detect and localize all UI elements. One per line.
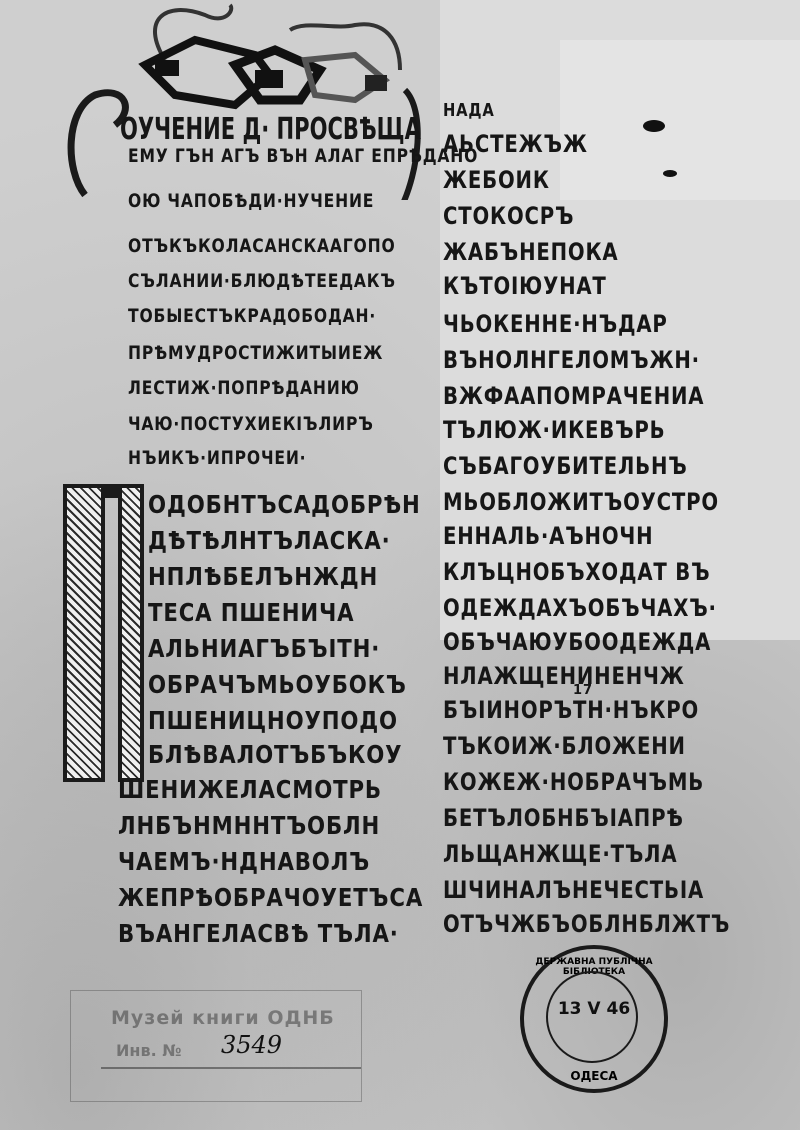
manuscript-line: ОБЪЧАЮУБООДЕЖДА — [443, 628, 711, 656]
manuscript-line: ВЪНОЛНГЕЛОМЪЖН· — [443, 346, 700, 374]
library-round-stamp: ДЕРЖАВНА ПУБЛІЧНА БІБЛІОТЕКА 13 V 46 ОДЕ… — [520, 945, 668, 1093]
marginal-note: 17 — [573, 683, 593, 698]
treatise-title: ОУЧЕНИЕ Д· ПРОСВѢЩА — [120, 112, 421, 147]
ornamental-initial-letter — [63, 484, 105, 782]
manuscript-line: ОДОБНТЪСАДОБРѢН — [148, 490, 421, 519]
manuscript-line: ЕННАЛЬ·АЪНОЧН — [443, 522, 653, 550]
manuscript-line: ОТЪЧЖБЪОБЛНБЛЖТЪ — [443, 910, 730, 938]
manuscript-line: ЛЕСТИЖ·ПОПРѢДАНИЮ — [128, 377, 360, 399]
manuscript-line: ЧЬОКЕННЕ·НЪДАР — [443, 310, 668, 338]
museum-inventory-stamp: Музей книги ОДНБ Инв. № 3549 — [70, 990, 362, 1102]
ink-blot — [643, 120, 665, 132]
manuscript-line: СЪЛАНИИ·БЛЮДѢТЕЕДАКЪ — [128, 270, 396, 292]
manuscript-line: ЖАБЪНЕПОКА — [443, 238, 618, 266]
torn-area — [560, 40, 800, 200]
manuscript-line: НПЛѢБЕЛЪНЖДН — [148, 562, 378, 591]
manuscript-line: ОТЪКЪКОЛАСАНСКААГОПО — [128, 235, 396, 257]
manuscript-line: ВЖФААПОМРАЧЕНИА — [443, 382, 704, 410]
manuscript-line: АЬСТЕЖЪЖ — [443, 130, 588, 158]
manuscript-line: ДѢТѢЛНТЪЛАСКА· — [148, 526, 391, 555]
manuscript-line: ТОБЫЕСТЪКРАДОБОДАН· — [128, 305, 376, 327]
manuscript-line: ТЕСА ПШЕНИЧА — [148, 598, 354, 627]
manuscript-line: ЕМУ ГЪН АГЪ ВЪН АЛАГ ЕПРѢДАНО — [128, 145, 478, 167]
manuscript-line: ЛЬЩАНЖЩЕ·ТЪЛА — [443, 840, 677, 868]
manuscript-line: БЪІИНОРЪТН·НЪКРО — [443, 696, 699, 724]
manuscript-line: КОЖЕЖ·НОБРАЧЪМЬ — [443, 768, 704, 796]
manuscript-line: НАДА — [443, 100, 495, 121]
stamp-inventory-label: Инв. № — [116, 1041, 181, 1060]
manuscript-line: ТЪЛЮЖ·ИКЕВЪРЬ — [443, 416, 666, 444]
ornamental-initial-letter-right-stroke — [118, 484, 144, 782]
manuscript-line: ПРѢМУДРОСТИЖИТЫИЕЖ — [128, 342, 383, 364]
inventory-number: 3549 — [221, 1031, 282, 1059]
stamp-museum-label: Музей книги ОДНБ — [111, 1007, 335, 1029]
manuscript-line: ЖЕБОИК — [443, 166, 550, 194]
manuscript-line: КЛЪЦНОБЪХОДАТ ВЪ — [443, 558, 710, 586]
manuscript-line: БЕТЪЛОБНБЪІАПРѢ — [443, 804, 684, 832]
manuscript-line: СТОКОСРЪ — [443, 202, 574, 230]
stamp-date: 13 V 46 — [524, 999, 664, 1019]
manuscript-line: ОБРАЧЪМЬОУБОКЪ — [148, 670, 407, 699]
manuscript-line: ОДЕЖДАХЪОБЪЧАХЪ· — [443, 594, 717, 622]
stamp-rule — [101, 1067, 361, 1069]
manuscript-line: ВЪАНГЕЛАСВѢ ТЪЛА· — [118, 919, 399, 948]
stamp-city: ОДЕСА — [524, 1069, 664, 1083]
interlace-headpiece-ornament — [55, 0, 425, 200]
manuscript-line: АЛЬНИАГЪБЪІТН· — [148, 634, 380, 663]
manuscript-line: БЛѢВАЛОТЪБЪКОУ — [148, 740, 402, 769]
manuscript-line: ОЮ ЧАПОБѢДИ·НУЧЕНИЕ — [128, 190, 374, 212]
manuscript-line: НЪИКЪ·ИПРОЧЕИ· — [128, 447, 306, 469]
manuscript-line: ПШЕНИЦНОУПОДО — [148, 706, 398, 735]
manuscript-line: ТЪКОИЖ·БЛОЖЕНИ — [443, 732, 686, 760]
manuscript-line: ШЧИНАЛЪНЕЧЕСТЬІА — [443, 876, 704, 904]
manuscript-line: КЪТОІЮУНАТ — [443, 272, 607, 300]
manuscript-line: МЬОБЛОЖИТЪОУСТРО — [443, 488, 719, 516]
manuscript-line: НЛАЖЩЕНИНЕНЧЖ — [443, 662, 685, 690]
manuscript-line: ЛНБЪНМННТЪОБЛН — [118, 811, 380, 840]
manuscript-line: ЖЕПРѢОБРАЧОУЕТЪСА — [118, 883, 423, 912]
manuscript-line: ШЕНИЖЕЛАСМОТРЬ — [118, 775, 382, 804]
manuscript-line: ЧАЮ·ПОСТУХИЕКІЪЛИРЪ — [128, 413, 374, 435]
ink-blot — [663, 170, 677, 177]
manuscript-line: ЧАЕМЪ·НДНАВОЛЪ — [118, 847, 370, 876]
manuscript-line: СЪБАГОУБИТЕЛЬНЪ — [443, 452, 688, 480]
